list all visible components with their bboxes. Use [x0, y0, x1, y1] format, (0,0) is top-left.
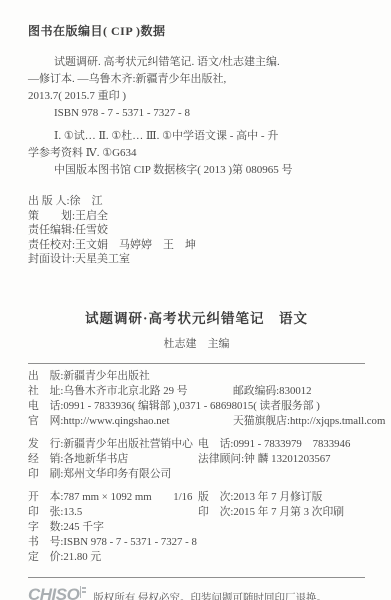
colophon-row-phone: 电 话:0991 - 7833936( 编辑部 ),0371 - 6869801… — [28, 399, 365, 414]
cip-classification: Ⅰ. ①试… Ⅱ. ①杜… Ⅲ. ①中学语文课 - 高中 - 升 学参考资料 Ⅳ… — [28, 128, 365, 179]
row-left: 发 行:新疆青少年出版社营销中心 — [28, 438, 193, 450]
row-left: 定 价:21.80 元 — [28, 551, 101, 563]
credit-planner: 策 划:王启全 — [28, 209, 365, 224]
row-right: 印 次:2015 年 7 月第 3 次印刷 — [198, 505, 344, 520]
row-left: 字 数:245 千字 — [28, 521, 104, 533]
credits-block: 出 版 人:徐 江 策 划:王启全 责任编辑:任雪姣 责任校对:王文娟 马婷婷 … — [28, 194, 365, 267]
chiso-logo-text: CHISO — [28, 585, 79, 600]
cip-header: 图书在版编目( CIP )数据 — [28, 22, 365, 39]
classification-line-1: Ⅰ. ①试… Ⅱ. ①杜… Ⅲ. ①中学语文课 - 高中 - 升 — [28, 128, 365, 145]
colophon-row-sheets: 印 张:13.5 印 次:2015 年 7 月第 3 次印刷 — [28, 505, 365, 520]
colophon-row-printer: 印 刷:郑州文华印务有限公司 — [28, 467, 365, 482]
cip-copyright-page: 图书在版编目( CIP )数据 试题调研. 高考状元纠错笔记. 语文/杜志建主编… — [0, 0, 391, 600]
row-left: 印 刷:郑州文华印务有限公司 — [28, 468, 171, 480]
credit-publisher-person: 出 版 人:徐 江 — [28, 194, 365, 209]
row-right: 版 次:2013 年 7 月修订版 — [198, 490, 322, 505]
chiso-logo: CHISO — [28, 586, 87, 600]
book-editor: 杜志建 主编 — [28, 335, 365, 351]
colophon-row-website: 官 网:http://www.qingshao.net 天猫旗舰店:http:/… — [28, 414, 365, 429]
book-title-block: 试题调研·高考状元纠错笔记 语文 杜志建 主编 — [28, 307, 365, 351]
cip-isbn-line: ISBN 978 - 7 - 5371 - 7327 - 8 — [28, 105, 365, 122]
row-right: 法律顾问:钟 麟 13201203567 — [198, 452, 331, 467]
colophon-row-seller: 经 销:各地新华书店 法律顾问:钟 麟 13201203567 — [28, 452, 365, 467]
row-left: 电 话:0991 - 7833936( 编辑部 ),0371 - 6869801… — [28, 400, 320, 412]
divider-top — [28, 363, 365, 364]
row-left: 书 号:ISBN 978 - 7 - 5371 - 7327 - 8 — [28, 536, 197, 548]
credit-proofreaders: 责任校对:王文娟 马婷婷 王 坤 — [28, 238, 365, 253]
colophon-row-distribution: 发 行:新疆青少年出版社营销中心 电 话:0991 - 7833979 7833… — [28, 437, 365, 452]
colophon-row-wordcount: 字 数:245 千字 — [28, 520, 365, 535]
divider-bottom — [28, 577, 365, 578]
row-left: 印 张:13.5 — [28, 506, 82, 518]
row-right: 电 话:0991 - 7833979 7833946 — [198, 437, 350, 452]
row-left: 经 销:各地新华书店 — [28, 453, 128, 465]
footer: CHISO 版权所有,侵权必究。印装问题可随时回印厂退换。 — [28, 586, 365, 600]
cip-edition-line: —修订本. —乌鲁木齐:新疆青少年出版社, — [28, 71, 365, 88]
copyright-notice: 版权所有,侵权必究。印装问题可随时回印厂退换。 — [93, 590, 327, 600]
cip-data-block: 试题调研. 高考状元纠错笔记. 语文/杜志建主编. —修订本. —乌鲁木齐:新疆… — [28, 54, 365, 122]
credit-editor: 责任编辑:任雪姣 — [28, 223, 365, 238]
chiso-logo-mark-icon — [80, 586, 87, 598]
row-left: 官 网:http://www.qingshao.net — [28, 415, 169, 427]
cip-year-line: 2013.7( 2015.7 重印 ) — [28, 88, 365, 105]
row-right: 天猫旗舰店:http://xjqps.tmall.com — [233, 414, 385, 429]
classification-line-2: 学参考资料 Ⅳ. ①G634 — [28, 145, 365, 162]
row-right: 邮政编码:830012 — [233, 384, 312, 399]
colophon-row-address: 社 址:乌鲁木齐市北京北路 29 号 邮政编码:830012 — [28, 384, 365, 399]
row-left: 社 址:乌鲁木齐市北京北路 29 号 — [28, 385, 188, 397]
colophon-row-format: 开 本:787 mm × 1092 mm 1/16 版 次:2013 年 7 月… — [28, 490, 365, 505]
cip-title-line: 试题调研. 高考状元纠错笔记. 语文/杜志建主编. — [28, 54, 365, 71]
book-title: 试题调研·高考状元纠错笔记 语文 — [28, 307, 365, 327]
colophon-row-price: 定 价:21.80 元 — [28, 550, 365, 565]
colophon-table: 出 版:新疆青少年出版社 社 址:乌鲁木齐市北京北路 29 号 邮政编码:830… — [28, 369, 365, 565]
row-left: 出 版:新疆青少年出版社 — [28, 370, 150, 382]
credit-cover-design: 封面设计:天星美工室 — [28, 252, 365, 267]
colophon-row-isbn: 书 号:ISBN 978 - 7 - 5371 - 7327 - 8 — [28, 535, 365, 550]
colophon-row-publisher: 出 版:新疆青少年出版社 — [28, 369, 365, 384]
row-left: 开 本:787 mm × 1092 mm 1/16 — [28, 491, 192, 503]
cip-record-number: 中国版本图书馆 CIP 数据核字( 2013 )第 080965 号 — [28, 162, 365, 179]
